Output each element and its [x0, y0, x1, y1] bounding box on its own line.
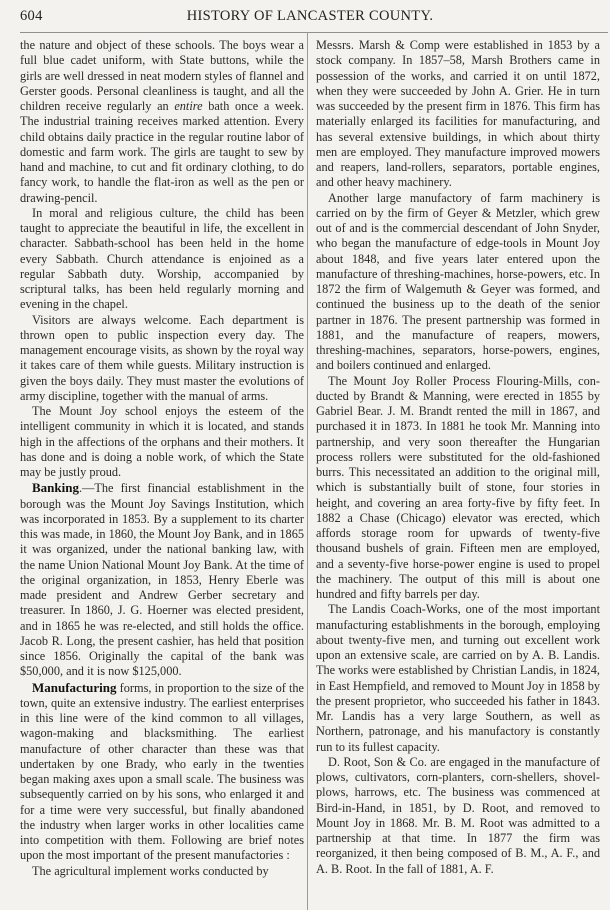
paragraph-moral-culture: In moral and religious culture, the chil…	[20, 206, 304, 313]
emphasis-entire: entire	[174, 99, 202, 113]
right-column: Messrs. Marsh & Comp were established in…	[316, 38, 600, 877]
page-header: 604 HISTORY OF LANCASTER COUNTY.	[20, 8, 600, 26]
paragraph-school-esteem: The Mount Joy school enjoys the esteem o…	[20, 404, 304, 480]
paragraph-agricultural-works: The agricultural implement works conduct…	[20, 864, 304, 879]
paragraph-schools-continued: the nature and object of these schools. …	[20, 38, 304, 206]
left-column: the nature and object of these schools. …	[20, 38, 304, 879]
paragraph-manufacturing: Manufacturing forms, in proportion to th…	[20, 680, 304, 864]
paragraph-flouring-mills: The Mount Joy Roller Process Flouring-Mi…	[316, 374, 600, 603]
paragraph-marsh-continued: Messrs. Marsh & Comp were established in…	[316, 38, 600, 191]
section-heading-manufacturing: Manufacturing	[32, 680, 117, 695]
paragraph-banking: Banking.—The first financial establishme…	[20, 480, 304, 679]
paragraph-geyer-metzler: Another large manufactory of farm machin…	[316, 191, 600, 374]
header-rule	[20, 32, 608, 33]
paragraph-d-root-son: D. Root, Son & Co. are engaged in the ma…	[316, 755, 600, 877]
book-page: 604 HISTORY OF LANCASTER COUNTY. the nat…	[0, 0, 610, 910]
paragraph-landis-coach-works: The Landis Coach-Works, one of the most …	[316, 602, 600, 755]
column-divider	[307, 32, 308, 910]
running-title: HISTORY OF LANCASTER COUNTY.	[20, 8, 600, 25]
paragraph-visitors: Visitors are always welcome. Each depart…	[20, 313, 304, 405]
section-heading-banking: Banking	[32, 480, 79, 495]
